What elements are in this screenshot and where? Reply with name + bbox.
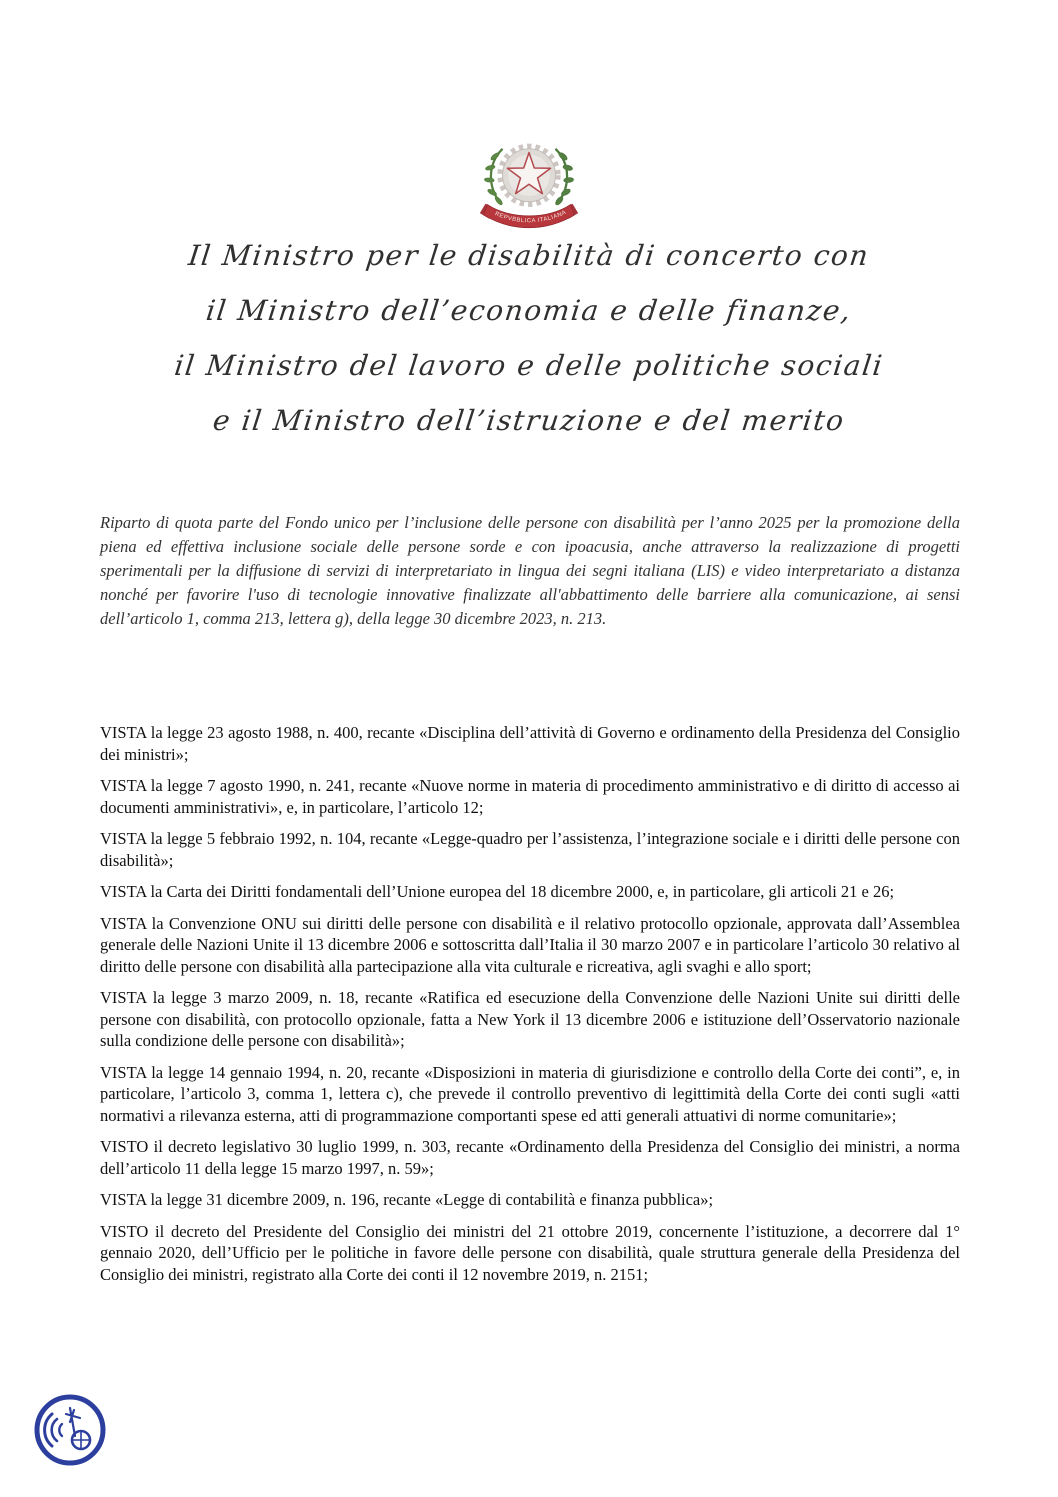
premise-paragraph-5: VISTA la Convenzione ONU sui diritti del… <box>100 913 960 978</box>
ministers-heading: Il Ministro per le disabilità di concert… <box>0 228 1058 448</box>
olive-branch-icon <box>484 149 503 206</box>
subject-paragraph: Riparto di quota parte del Fondo unico p… <box>100 511 960 631</box>
premise-paragraph-8: VISTO il decreto legislativo 30 luglio 1… <box>100 1136 960 1179</box>
premise-paragraph-10: VISTO il decreto del Presidente del Cons… <box>100 1221 960 1286</box>
heading-line-2: il Ministro dell’economia e delle finanz… <box>0 283 1058 338</box>
premise-paragraph-7: VISTA la legge 14 gennaio 1994, n. 20, r… <box>100 1062 960 1127</box>
premise-paragraph-3: VISTA la legge 5 febbraio 1992, n. 104, … <box>100 828 960 871</box>
premise-paragraph-1: VISTA la legge 23 agosto 1988, n. 400, r… <box>100 722 960 765</box>
italy-emblem-icon: REPVBBLICA ITALIANA <box>470 128 588 232</box>
premise-paragraph-6: VISTA la legge 3 marzo 2009, n. 18, reca… <box>100 987 960 1052</box>
blue-stamp-icon <box>30 1390 110 1470</box>
ribbon-banner: REPVBBLICA ITALIANA <box>480 204 578 228</box>
heading-line-3: il Ministro del lavoro e delle politiche… <box>0 338 1058 393</box>
premise-paragraph-9: VISTA la legge 31 dicembre 2009, n. 196,… <box>100 1189 960 1211</box>
premise-paragraph-4: VISTA la Carta dei Diritti fondamentali … <box>100 881 960 903</box>
document-page: REPVBBLICA ITALIANA Il Ministro per le d… <box>0 0 1058 1497</box>
heading-line-1: Il Ministro per le disabilità di concert… <box>0 228 1058 283</box>
italy-emblem: REPVBBLICA ITALIANA <box>470 128 588 232</box>
blue-stamp <box>30 1390 110 1470</box>
premises-section: VISTA la legge 23 agosto 1988, n. 400, r… <box>100 722 960 1295</box>
heading-line-4: e il Ministro dell’istruzione e del meri… <box>0 393 1058 448</box>
premise-paragraph-2: VISTA la legge 7 agosto 1990, n. 241, re… <box>100 775 960 818</box>
